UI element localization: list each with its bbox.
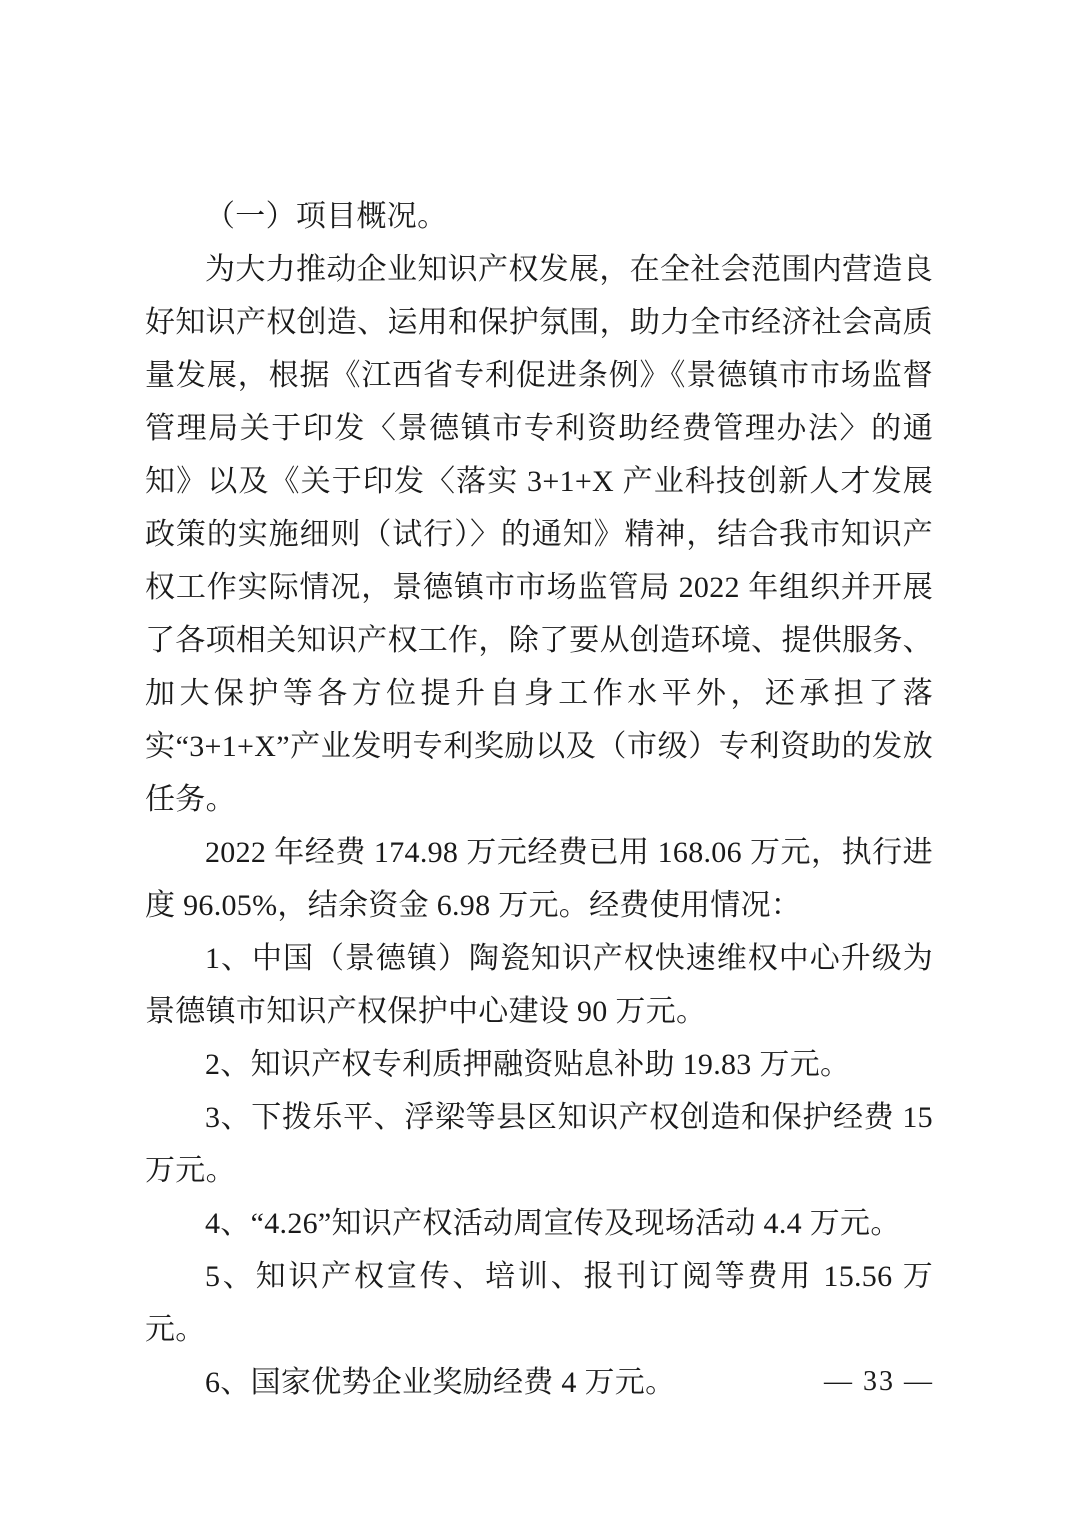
paragraph-item-4: 4、“4.26”知识产权活动周宣传及现场活动 4.4 万元。 bbox=[145, 1197, 933, 1250]
paragraph-item-3: 3、下拨乐平、浮梁等县区知识产权创造和保护经费 15 万元。 bbox=[145, 1091, 933, 1197]
section-heading: （一）项目概况。 bbox=[145, 190, 933, 243]
document-page: （一）项目概况。 为大力推动企业知识产权发展，在全社会范围内营造良好知识产权创造… bbox=[0, 0, 1074, 1520]
document-body: （一）项目概况。 为大力推动企业知识产权发展，在全社会范围内营造良好知识产权创造… bbox=[145, 190, 933, 1409]
page-number: — 33 — bbox=[824, 1366, 934, 1398]
paragraph-overview: 为大力推动企业知识产权发展，在全社会范围内营造良好知识产权创造、运用和保护氛围，… bbox=[145, 243, 933, 826]
paragraph-budget-summary: 2022 年经费 174.98 万元经费已用 168.06 万元，执行进度 96… bbox=[145, 826, 933, 932]
paragraph-item-6: 6、国家优势企业奖励经费 4 万元。 bbox=[145, 1356, 933, 1409]
paragraph-item-2: 2、知识产权专利质押融资贴息补助 19.83 万元。 bbox=[145, 1038, 933, 1091]
paragraph-item-5: 5、知识产权宣传、培训、报刊订阅等费用 15.56 万元。 bbox=[145, 1250, 933, 1356]
paragraph-item-1: 1、中国（景德镇）陶瓷知识产权快速维权中心升级为景德镇市知识产权保护中心建设 9… bbox=[145, 932, 933, 1038]
